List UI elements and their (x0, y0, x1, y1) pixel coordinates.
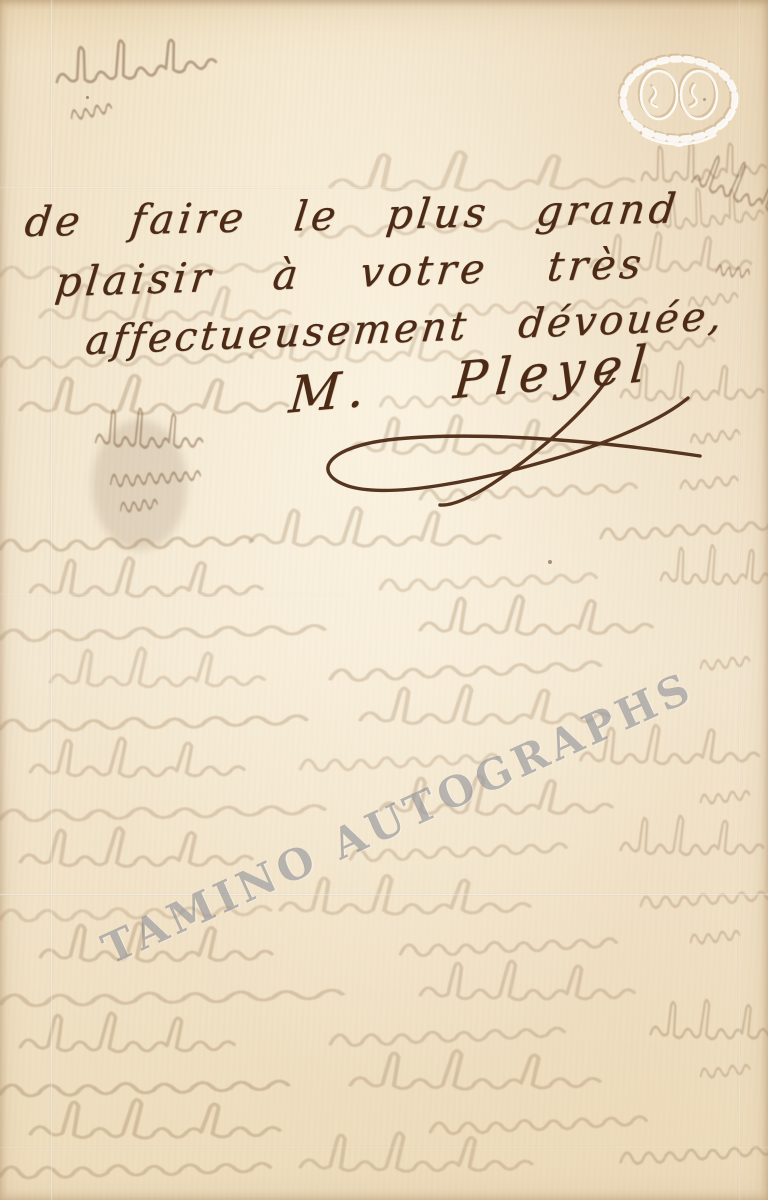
ink-speck (86, 96, 89, 99)
ink-speck (548, 560, 552, 564)
letter-line-2: plaisir à votre très (53, 239, 648, 306)
ink-speck (703, 98, 706, 101)
fold-crease-horizontal-middle (0, 593, 346, 596)
bleedthrough-writing (0, 0, 768, 1200)
embossed-seal (612, 52, 744, 152)
fold-crease-horizontal-upper (0, 186, 422, 189)
fold-crease-horizontal-lower (0, 893, 768, 896)
letter-line-1: de faire le plus grand (22, 184, 682, 246)
signature-paraph (0, 0, 768, 1200)
fold-crease-horizontal-bottom (0, 1146, 768, 1149)
letter-page: de faire le plus grand plaisir à votre t… (0, 0, 768, 1200)
watermark-text: TAMINO AUTOGRAPHS (95, 662, 702, 974)
fold-crease-vertical-right (738, 0, 741, 1200)
ink-smudge (92, 420, 187, 550)
fold-crease-vertical-left (50, 0, 53, 1200)
